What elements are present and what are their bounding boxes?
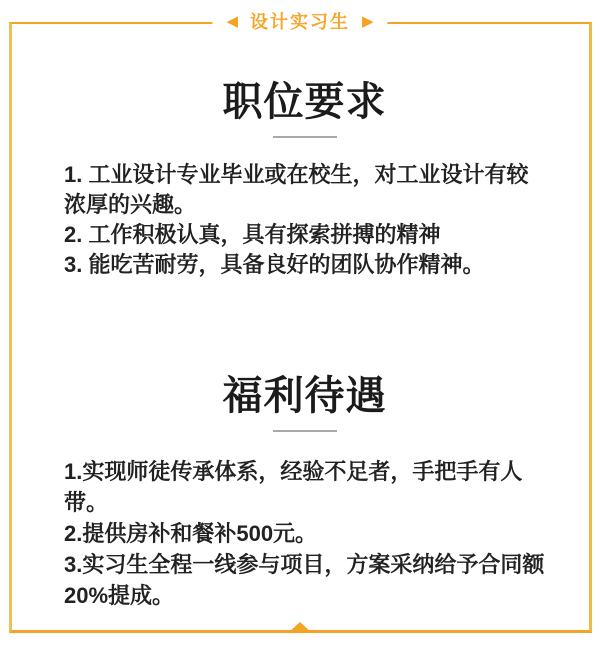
list-item: 1. 工业设计专业毕业或在校生，对工业设计有较浓厚的兴趣。 — [64, 160, 545, 220]
list-item: 3. 能吃苦耐劳，具备良好的团队协作精神。 — [64, 250, 545, 280]
requirements-heading: 职位要求 — [64, 80, 545, 124]
requirements-list: 1. 工业设计专业毕业或在校生，对工业设计有较浓厚的兴趣。 2. 工作积极认真，… — [64, 160, 545, 280]
header-badge: ◀ 设计实习生 ▶ — [212, 10, 387, 34]
section-requirements: 职位要求 1. 工业设计专业毕业或在校生，对工业设计有较浓厚的兴趣。 2. 工作… — [64, 80, 545, 280]
heading-divider — [273, 136, 337, 138]
up-triangle-icon — [288, 622, 312, 633]
list-item: 3.实习生全程一线参与项目，方案采纳给予合同额20%提成。 — [64, 549, 545, 611]
content-frame: 职位要求 1. 工业设计专业毕业或在校生，对工业设计有较浓厚的兴趣。 2. 工作… — [9, 22, 592, 633]
list-item: 2. 工作积极认真，具有探索拼搏的精神 — [64, 220, 545, 250]
list-item: 1.实现师徒传承体系，经验不足者，手把手有人带。 — [64, 456, 545, 518]
job-posting-card: ◀ 设计实习生 ▶ 职位要求 1. 工业设计专业毕业或在校生，对工业设计有较浓厚… — [0, 0, 600, 654]
benefits-heading: 福利待遇 — [64, 374, 545, 418]
benefits-list: 1.实现师徒传承体系，经验不足者，手把手有人带。 2.提供房补和餐补500元。 … — [64, 456, 545, 611]
page-title: 设计实习生 — [250, 10, 350, 34]
list-item: 2.提供房补和餐补500元。 — [64, 518, 545, 549]
content-area: 职位要求 1. 工业设计专业毕业或在校生，对工业设计有较浓厚的兴趣。 2. 工作… — [12, 24, 589, 630]
section-benefits: 福利待遇 1.实现师徒传承体系，经验不足者，手把手有人带。 2.提供房补和餐补5… — [64, 374, 545, 611]
right-arrow-icon: ▶ — [362, 10, 374, 34]
left-arrow-icon: ◀ — [226, 10, 238, 34]
heading-divider — [273, 430, 337, 432]
